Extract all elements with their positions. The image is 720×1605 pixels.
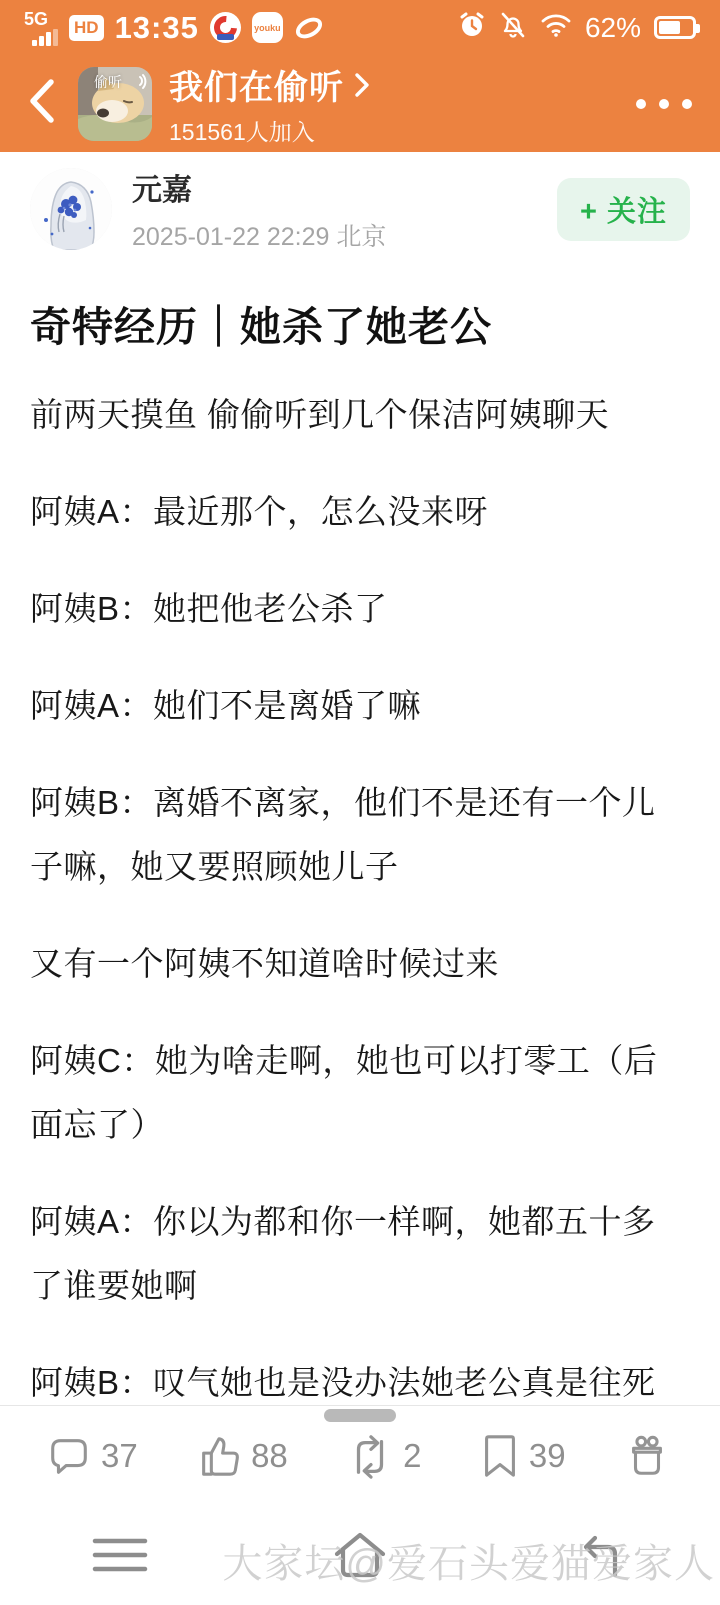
chevron-right-icon (354, 72, 370, 98)
post-body: 前两天摸鱼 偷偷听到几个保洁阿姨聊天 阿姨A：最近那个，怎么没来呀 阿姨B：她把… (30, 383, 690, 1405)
status-bar: 5G HD 13:35 youku 62% (0, 0, 720, 55)
hd-icon: HD (69, 15, 104, 41)
post-paragraph: 前两天摸鱼 偷偷听到几个保洁阿姨聊天 (30, 383, 690, 447)
phone-screen: 5G HD 13:35 youku 62% (0, 0, 720, 1605)
app-badge-icon (210, 12, 241, 43)
post-author-row: 元嘉 2025-01-22 22:29 北京 + 关注 (30, 166, 690, 252)
bookmark-count: 39 (529, 1437, 566, 1475)
youku-icon: youku (252, 12, 283, 43)
battery-percent: 62% (585, 12, 641, 44)
group-avatar-label: 偷听 (78, 72, 138, 92)
gift-button[interactable] (624, 1433, 670, 1479)
comment-icon (46, 1433, 92, 1479)
battery-icon (654, 16, 696, 39)
comment-button[interactable]: 37 (46, 1433, 138, 1479)
post-paragraph: 阿姨A：你以为都和你一样啊，她都五十多 了谁要她啊 (30, 1190, 690, 1318)
gift-icon (624, 1433, 670, 1479)
app-header: 偷听 我们在偷听 151561人加入 (0, 55, 720, 152)
thumbs-up-icon (196, 1433, 242, 1479)
repost-count: 2 (403, 1437, 421, 1475)
author-name[interactable]: 元嘉 (132, 165, 386, 209)
post-paragraph: 阿姨B：她把他老公杀了 (30, 577, 690, 641)
signal-icon: 5G (24, 10, 58, 46)
post-paragraph: 阿姨B：离婚不离家，他们不是还有一个儿 子嘛，她又要照顾她儿子 (30, 771, 690, 899)
ring-icon (294, 12, 325, 43)
bell-muted-icon (499, 11, 527, 44)
group-members-count: 151561人加入 (169, 114, 370, 147)
nav-bar (0, 1505, 720, 1605)
bookmark-icon (480, 1433, 520, 1479)
post-paragraph: 阿姨A：最近那个，怎么没来呀 (30, 480, 690, 544)
back-icon[interactable] (28, 78, 56, 129)
group-name: 我们在偷听 (169, 60, 344, 109)
comment-count: 37 (101, 1437, 138, 1475)
avatar[interactable] (30, 168, 112, 250)
group-title-block[interactable]: 我们在偷听 151561人加入 (169, 60, 370, 147)
like-count: 88 (251, 1437, 288, 1475)
home-icon (333, 1530, 387, 1580)
more-icon[interactable] (636, 99, 692, 109)
status-time: 13:35 (115, 10, 199, 46)
bookmark-button[interactable]: 39 (480, 1433, 566, 1479)
wifi-icon (540, 12, 572, 43)
menu-button[interactable] (0, 1505, 240, 1605)
post-content: 元嘉 2025-01-22 22:29 北京 + 关注 奇特经历｜她杀了她老公 … (0, 152, 720, 1405)
network-type-label: 5G (24, 10, 48, 28)
status-right-cluster: 62% (458, 11, 696, 44)
sound-wave-icon (130, 73, 148, 91)
group-avatar[interactable]: 偷听 (78, 67, 152, 141)
post-paragraph: 阿姨B：叹气她也是没办法她老公真是往死 (30, 1351, 690, 1405)
post-paragraph: 阿姨A：她们不是离婚了嘛 (30, 674, 690, 738)
post-paragraph: 又有一个阿姨不知道啥时候过来 (30, 932, 690, 996)
post-meta: 2025-01-22 22:29 北京 (132, 217, 386, 253)
nav-back-icon (575, 1530, 625, 1580)
action-bar: 37 88 2 39 (0, 1405, 720, 1505)
post-paragraph: 阿姨C：她为啥走啊，她也可以打零工（后 面忘了） (30, 1029, 690, 1157)
drag-handle[interactable] (324, 1409, 396, 1422)
repost-icon (346, 1433, 394, 1479)
post-title: 奇特经历｜她杀了她老公 (30, 294, 690, 353)
menu-icon (91, 1535, 149, 1575)
follow-button[interactable]: + 关注 (557, 178, 690, 241)
like-button[interactable]: 88 (196, 1433, 288, 1479)
nav-back-button[interactable] (480, 1505, 720, 1605)
home-button[interactable] (240, 1505, 480, 1605)
repost-button[interactable]: 2 (346, 1433, 421, 1479)
alarm-icon (458, 11, 486, 44)
